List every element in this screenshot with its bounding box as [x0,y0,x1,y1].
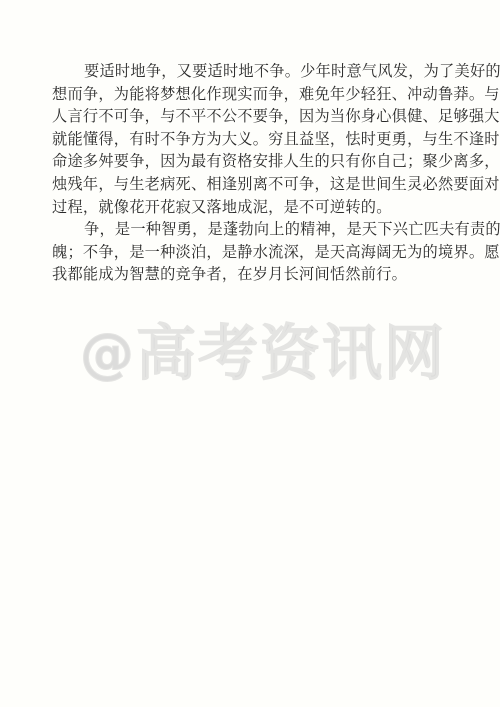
watermark-char: 网 [384,318,446,390]
text-line: 魄；不争，是一种淡泊，是静水流深，是天高海阔无为的境界。愿你 [52,241,456,264]
text-line: 命途多舛要争，因为最有资格安排人生的只有你自己；聚少离多，风 [52,150,456,173]
watermark-char: 讯 [322,318,384,390]
paragraph-1: 要适时地争，又要适时地不争。少年时意气风发，为了美好的理 想而争，为能将梦想化作… [52,60,456,218]
paragraph-2: 争，是一种智勇，是蓬勃向上的精神，是天下兴亡匹夫有责的气 魄；不争，是一种淡泊，… [52,218,456,286]
watermark-at-symbol: @ [80,318,136,390]
document-page: 要适时地争，又要适时地不争。少年时意气风发，为了美好的理 想而争，为能将梦想化作… [52,60,456,286]
text-line: 过程，就像花开花寂又落地成泥，是不可逆转的。 [52,196,456,219]
text-line: 想而争，为能将梦想化作现实而争，难免年少轻狂、冲动鲁莽。与小 [52,83,456,106]
text-line: 就能懂得，有时不争方为大义。穷且益坚，怯时更勇，与生不逢时、 [52,128,456,151]
text-line: 争，是一种智勇，是蓬勃向上的精神，是天下兴亡匹夫有责的气 [52,218,456,241]
watermark-char: 考 [198,318,260,390]
text-line: 烛残年，与生老病死、相逢别离不可争，这是世间生灵必然要面对的 [52,173,456,196]
watermark: @ 高 考 资 讯 网 [80,318,425,390]
text-line: 要适时地争，又要适时地不争。少年时意气风发，为了美好的理 [52,60,456,83]
watermark-char: 资 [260,318,322,390]
text-line: 我都能成为智慧的竞争者，在岁月长河间恬然前行。 [52,263,456,286]
watermark-char: 高 [136,318,198,390]
text-line: 人言行不可争，与不平不公不要争，因为当你身心俱健、足够强大时 [52,105,456,128]
